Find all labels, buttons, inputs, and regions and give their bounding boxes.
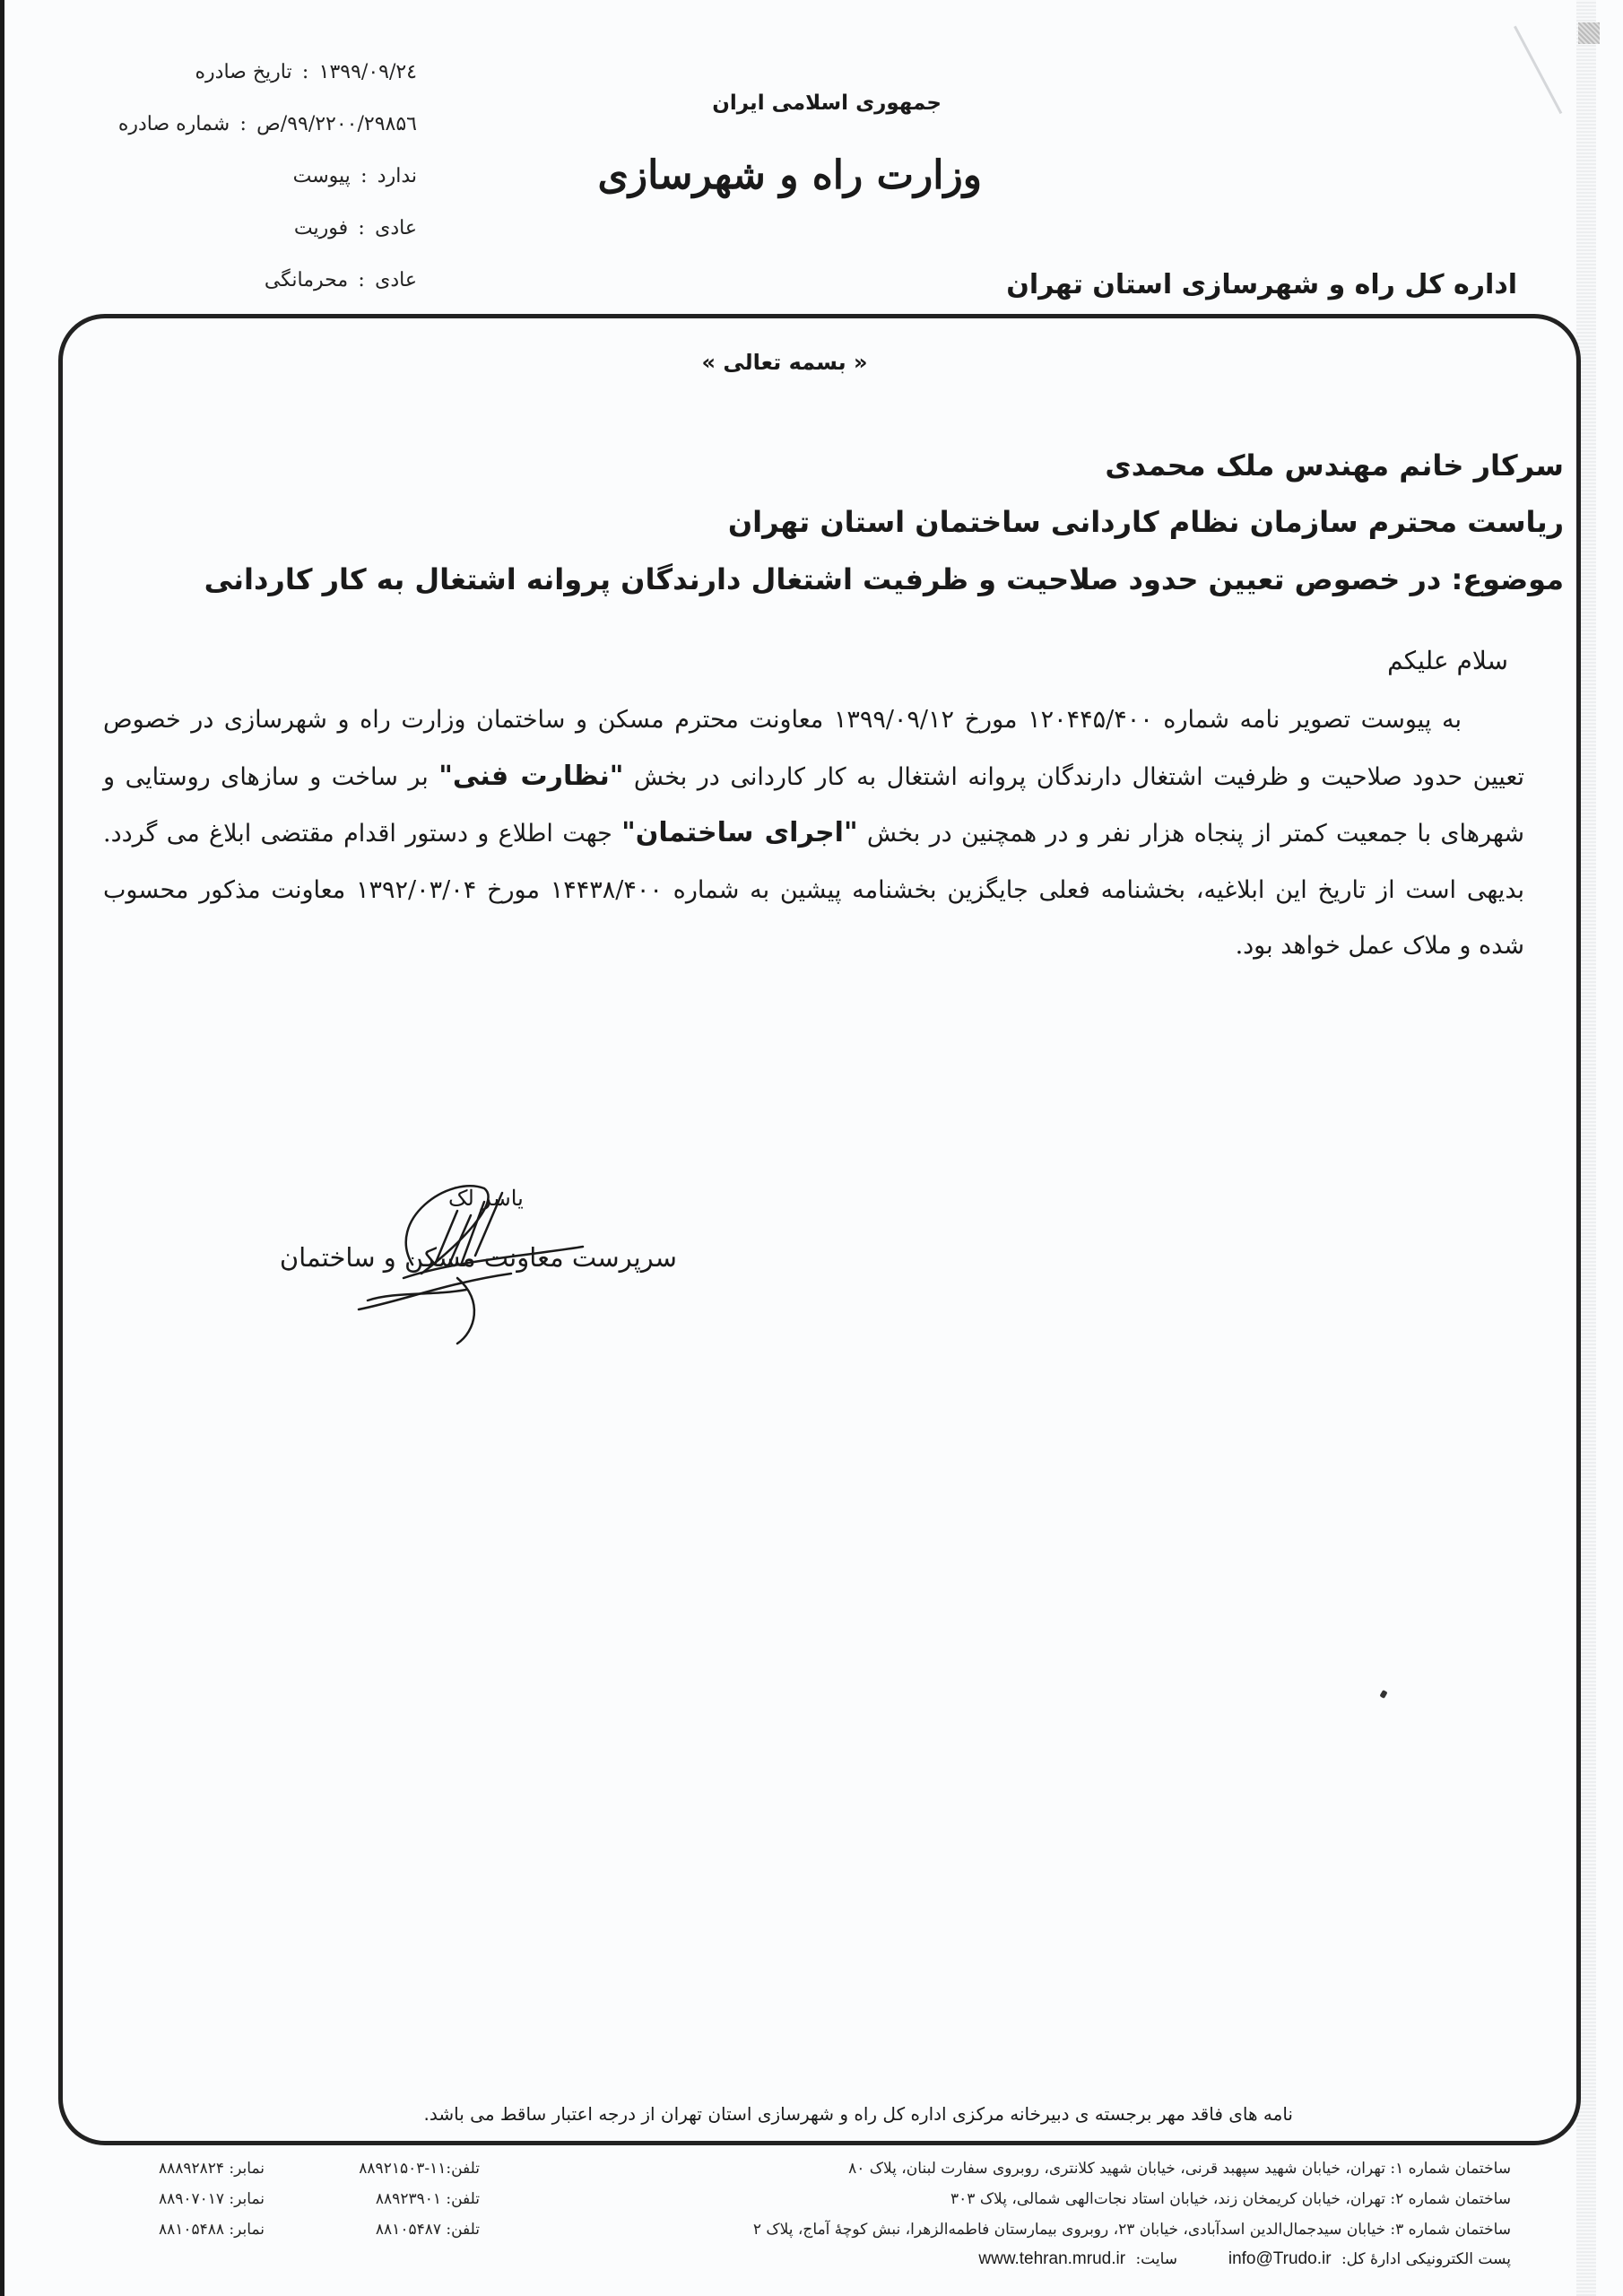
contact-row: پست الکترونیکی ادارهٔ کل: info@Trudo.ir …: [973, 2249, 1511, 2269]
fax-building-2: نمابر: ۸۸۹۰۷۰۱۷: [159, 2190, 265, 2208]
emphasis-building-execution: "اجرای ساختمان": [621, 817, 857, 848]
meta-issue-number: شماره صادره:۹۹/۲۲۰۰/۲۹۸۵٦/ص: [108, 113, 417, 135]
greeting: سلام علیکم: [1387, 646, 1508, 675]
ministry-title: وزارت راه و شهرسازی: [597, 152, 982, 198]
republic-title: جمهوری اسلامی ایران: [712, 91, 942, 115]
fax-building-3: نمابر: ۸۸۱۰۵۴۸۸: [159, 2221, 265, 2239]
address-building-2: ساختمان شماره ۲: تهران، خیابان کریمخان ز…: [950, 2190, 1511, 2208]
address-building-1: ساختمان شماره ۱: تهران، خیابان شهید سپهب…: [848, 2160, 1511, 2178]
scan-edge-left: [0, 0, 4, 2296]
site-label: سایت:: [1135, 2250, 1177, 2268]
meta-attachment: پیوست:ندارد: [230, 165, 417, 187]
letter-body: به پیوست تصویر نامه شماره ۱۲۰۴۴۵/۴۰۰ مور…: [103, 692, 1524, 975]
website-link[interactable]: www.tehran.mrud.ir: [978, 2249, 1125, 2268]
meta-issue-date: تاریخ صادره:۱۳۹۹/۰۹/۲٤: [171, 61, 417, 83]
phone-building-2: تلفن: ۸۸۹۲۳۹۰۱: [376, 2190, 480, 2208]
address-building-3: ساختمان شماره ۳: خیابان سیدجمال‌الدین اس…: [753, 2221, 1511, 2239]
signer-title: سرپرست معاونت مسکن و ساختمان: [280, 1242, 677, 1273]
email-link[interactable]: info@Trudo.ir: [1228, 2249, 1332, 2268]
validity-notice: نامه های فاقد مهر برجسته ی دبیرخانه مرکز…: [424, 2103, 1293, 2125]
addressee-name: سرکار خانم مهندس ملک محمدی: [1105, 448, 1564, 483]
phone-building-3: تلفن: ۸۸۱۰۵۴۸۷: [376, 2221, 480, 2239]
signer-name: یاسر لک: [448, 1186, 524, 1211]
addressee-title: ریاست محترم سازمان نظام کاردانی ساختمان …: [728, 505, 1564, 539]
invocation: « بسمه تعالی »: [0, 350, 1569, 375]
staple-mark: [1514, 26, 1562, 115]
emphasis-technical-supervision: "نظارت فنی": [438, 761, 623, 792]
letter-subject: موضوع: در خصوص تعیین حدود صلاحیت و ظرفیت…: [204, 562, 1564, 596]
email-label: پست الکترونیکی ادارهٔ کل:: [1341, 2250, 1511, 2268]
phone-building-1: تلفن:۱۱-۸۸۹۲۱۵۰۳: [359, 2160, 480, 2178]
meta-confidentiality: محرمانگی:عادی: [227, 269, 417, 291]
fax-building-1: نمابر: ۸۸۸۹۲۸۲۴: [159, 2160, 265, 2178]
scan-artifact-square: [1578, 22, 1600, 44]
meta-urgency: فوریت:عادی: [227, 217, 417, 239]
department-title: اداره کل راه و شهرسازی استان تهران: [1006, 269, 1517, 300]
